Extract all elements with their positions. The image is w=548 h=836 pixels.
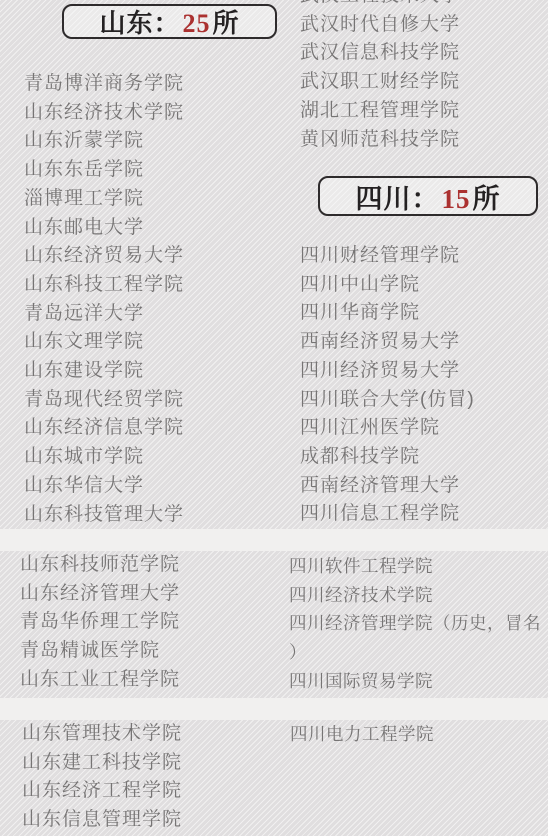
- shandong-university-list-2: 山东科技师范学院山东经济管理大学青岛华侨理工学院青岛精诚医学院山东工业工程学院: [20, 551, 282, 695]
- university-list-item: 武汉职工财经学院: [300, 68, 546, 97]
- shandong-university-list-3: 山东管理技术学院山东建工科技学院山东经济工程学院山东信息管理学院: [22, 720, 284, 835]
- university-list-item: 青岛博洋商务学院: [24, 70, 286, 99]
- university-list-item: 四川财经管理学院: [300, 242, 546, 271]
- university-list-item: 山东沂蒙学院: [24, 127, 286, 156]
- university-list-item: 四川经济管理学院（历史，冒名）: [289, 609, 543, 666]
- sichuan-university-list-3: 四川电力工程学院: [290, 720, 546, 749]
- sichuan-section-header: 四川：15所: [318, 176, 538, 216]
- section-divider-band: [0, 529, 548, 551]
- university-list-item: 四川联合大学(仿冒): [300, 386, 546, 415]
- university-list-item: 山东经济工程学院: [22, 777, 284, 806]
- university-list-item: 山东科技工程学院: [24, 271, 286, 300]
- university-list-item: 西南经济贸易大学: [300, 328, 546, 357]
- university-list-item: 山东经济技术学院: [24, 99, 286, 128]
- shandong-count-value: 25: [183, 9, 211, 38]
- sichuan-count-value: 15: [442, 184, 471, 214]
- shandong-header-text: 山东：25所: [99, 3, 239, 40]
- shandong-university-list-1: 青岛博洋商务学院山东经济技术学院山东沂蒙学院山东东岳学院淄博理工学院山东邮电大学…: [24, 70, 286, 529]
- university-list-item: 山东信息管理学院: [22, 806, 284, 835]
- university-list-item: 山东城市学院: [24, 443, 286, 472]
- sichuan-province-label: 四川：: [356, 184, 440, 214]
- hubei-university-list-overflow: 武汉工程技术大学武汉时代自修大学武汉信息科技学院武汉职工财经学院湖北工程管理学院…: [300, 0, 546, 154]
- university-list-item: 黄冈师范科技学院: [300, 126, 546, 155]
- university-list-item: 成都科技学院: [300, 443, 546, 472]
- university-list-item: 山东经济贸易大学: [24, 242, 286, 271]
- university-list-item: 山东东岳学院: [24, 156, 286, 185]
- university-list-item: 西南经济管理大学: [300, 472, 546, 501]
- university-list-item: 四川软件工程学院: [289, 552, 543, 581]
- university-list-item: 山东经济信息学院: [24, 414, 286, 443]
- university-list-item: 武汉信息科技学院: [300, 39, 546, 68]
- university-list-item: 山东文理学院: [24, 328, 286, 357]
- university-list-item: 四川信息工程学院: [300, 500, 546, 529]
- shandong-section-header: 山东：25所: [62, 4, 277, 39]
- university-list-item: 四川江州医学院: [300, 414, 546, 443]
- university-list-item: 武汉工程技术大学: [300, 0, 546, 11]
- university-list-item: 四川经济贸易大学: [300, 357, 546, 386]
- sichuan-university-list-1: 四川财经管理学院四川中山学院四川华商学院西南经济贸易大学四川经济贸易大学四川联合…: [300, 242, 546, 529]
- section-divider-band: [0, 698, 548, 720]
- university-list-item: 四川华商学院: [300, 299, 546, 328]
- university-list-item: 青岛远洋大学: [24, 300, 286, 329]
- shandong-unit-label: 所: [213, 9, 240, 38]
- university-list-item: 山东科技师范学院: [20, 551, 282, 580]
- university-list-item: 山东经济管理大学: [20, 580, 282, 609]
- university-list-item: 四川中山学院: [300, 271, 546, 300]
- university-list-item: 山东邮电大学: [24, 214, 286, 243]
- university-list-item: 淄博理工学院: [24, 185, 286, 214]
- sichuan-unit-label: 所: [473, 184, 501, 214]
- university-list-item: 山东工业工程学院: [20, 666, 282, 695]
- sichuan-header-text: 四川：15所: [356, 177, 501, 216]
- university-list-item: 四川电力工程学院: [290, 720, 546, 749]
- university-list-item: 武汉时代自修大学: [300, 11, 546, 40]
- university-list-item: 山东建工科技学院: [22, 749, 284, 778]
- university-list-item: 湖北工程管理学院: [300, 97, 546, 126]
- university-list-item: 山东管理技术学院: [22, 720, 284, 749]
- university-list-item: 山东华信大学: [24, 472, 286, 501]
- university-list-item: 青岛华侨理工学院: [20, 608, 282, 637]
- university-list-item: 青岛现代经贸学院: [24, 386, 286, 415]
- university-list-item: 山东建设学院: [24, 357, 286, 386]
- university-list-item: 青岛精诚医学院: [20, 637, 282, 666]
- university-list-item: 四川国际贸易学院: [289, 667, 543, 696]
- university-list-item: 山东科技管理大学: [24, 501, 286, 530]
- shandong-province-label: 山东：: [99, 9, 180, 38]
- fake-university-list-page: 山东：25所 四川：15所 武汉工程技术大学武汉时代自修大学武汉信息科技学院武汉…: [0, 0, 548, 836]
- sichuan-university-list-2: 四川软件工程学院四川经济技术学院四川经济管理学院（历史，冒名）四川国际贸易学院: [289, 552, 543, 696]
- university-list-item: 四川经济技术学院: [289, 581, 543, 610]
